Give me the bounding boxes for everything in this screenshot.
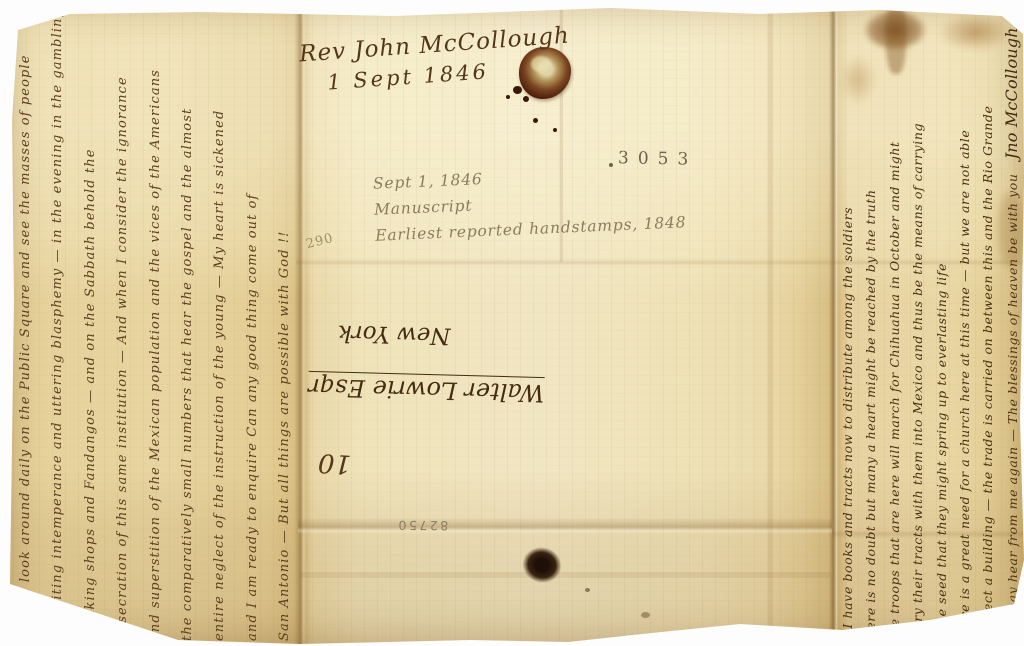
letter-photograph: Rev John McCollough 1 Sept 1846 Sept 1, … — [0, 0, 1024, 646]
folded-letter-sheet: Rev John McCollough 1 Sept 1846 Sept 1, … — [0, 0, 1024, 646]
edge-vignette — [0, 0, 1024, 646]
